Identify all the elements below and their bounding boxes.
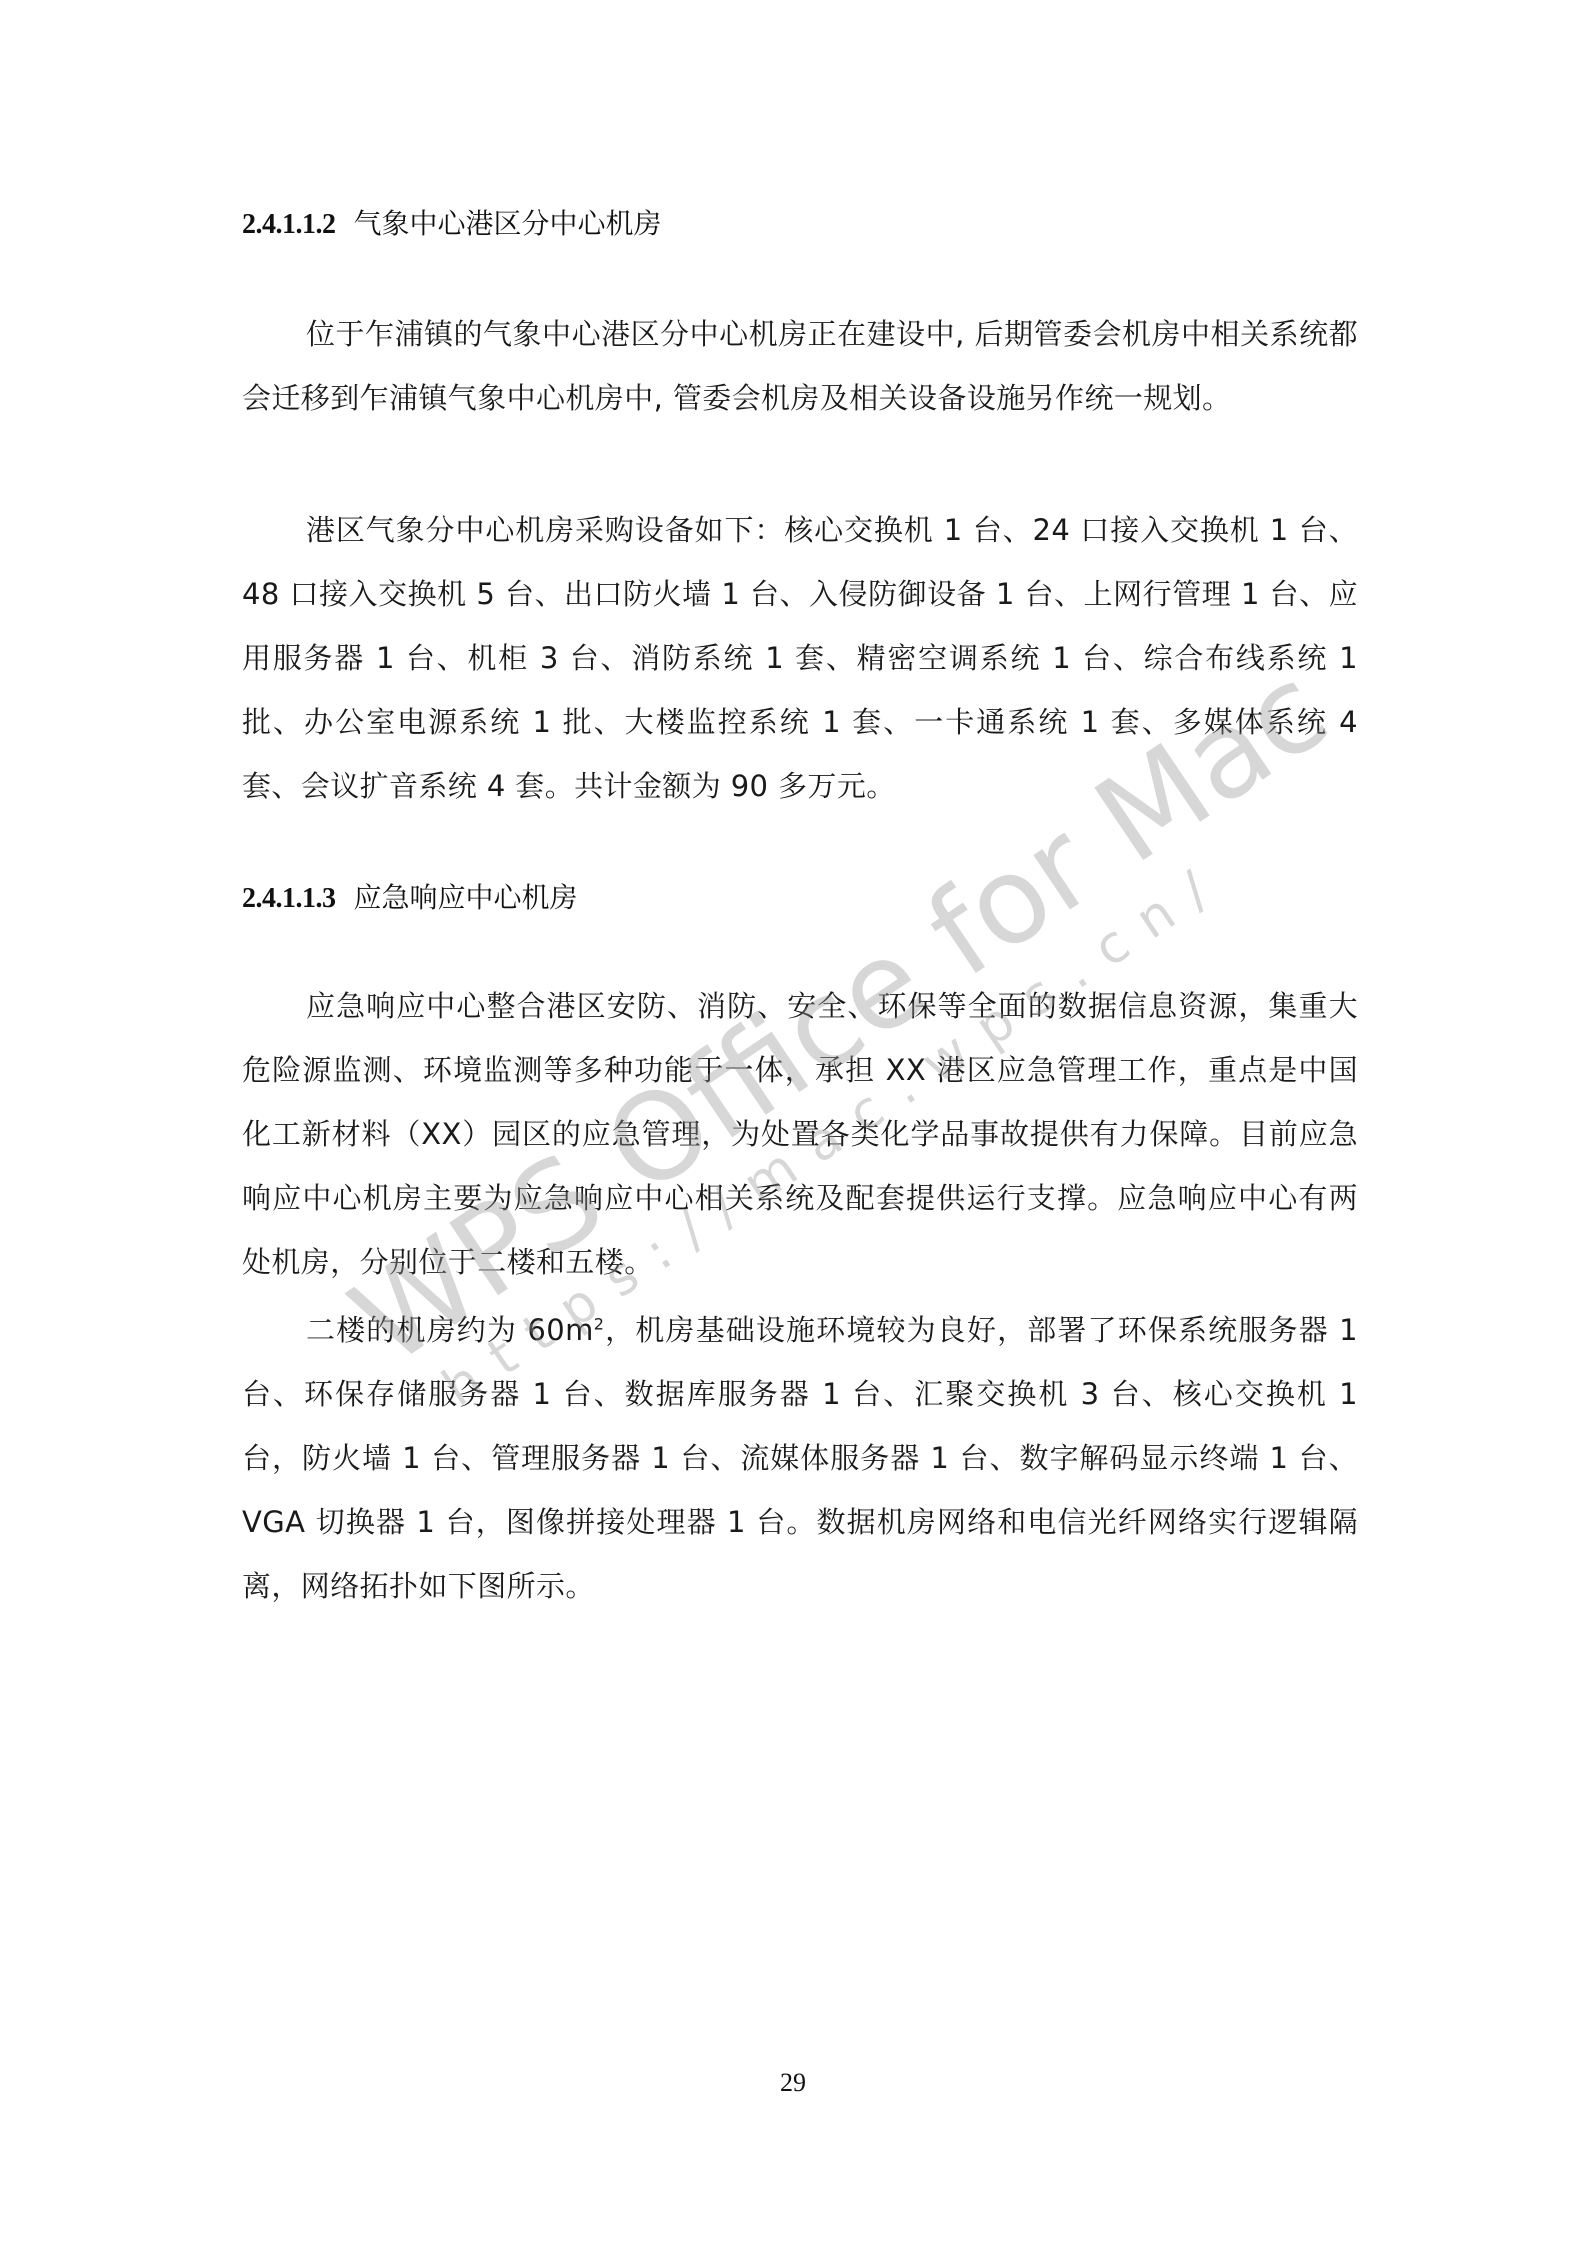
document-page: 2.4.1.1.2气象中心港区分中心机房 位于乍浦镇的气象中心港区分中心机房正在… xyxy=(0,0,1586,2244)
section-title: 应急响应中心机房 xyxy=(354,881,578,914)
section-title: 气象中心港区分中心机房 xyxy=(354,207,662,240)
superscript: 2 xyxy=(594,1314,605,1333)
paragraph-text-before: 二楼的机房约为 60m xyxy=(306,1313,594,1347)
page-number: 29 xyxy=(0,2068,1586,2098)
section-heading: 2.4.1.1.3应急响应中心机房 xyxy=(242,878,578,919)
paragraph: 二楼的机房约为 60m2，机房基础设施环境较为良好，部署了环保系统服务器 1 台… xyxy=(242,1298,1358,1618)
paragraph-text-after: ，机房基础设施环境较为良好，部署了环保系统服务器 1 台、环保存储服务器 1 台… xyxy=(242,1313,1358,1603)
section-heading: 2.4.1.1.2气象中心港区分中心机房 xyxy=(242,204,662,245)
paragraph: 应急响应中心整合港区安防、消防、安全、环保等全面的数据信息资源，集重大危险源监测… xyxy=(242,974,1358,1294)
section-number: 2.4.1.1.2 xyxy=(242,209,336,240)
section-number: 2.4.1.1.3 xyxy=(242,883,336,914)
paragraph: 港区气象分中心机房采购设备如下：核心交换机 1 台、24 口接入交换机 1 台、… xyxy=(242,498,1358,818)
paragraph: 位于乍浦镇的气象中心港区分中心机房正在建设中, 后期管委会机房中相关系统都会迁移… xyxy=(242,302,1358,430)
